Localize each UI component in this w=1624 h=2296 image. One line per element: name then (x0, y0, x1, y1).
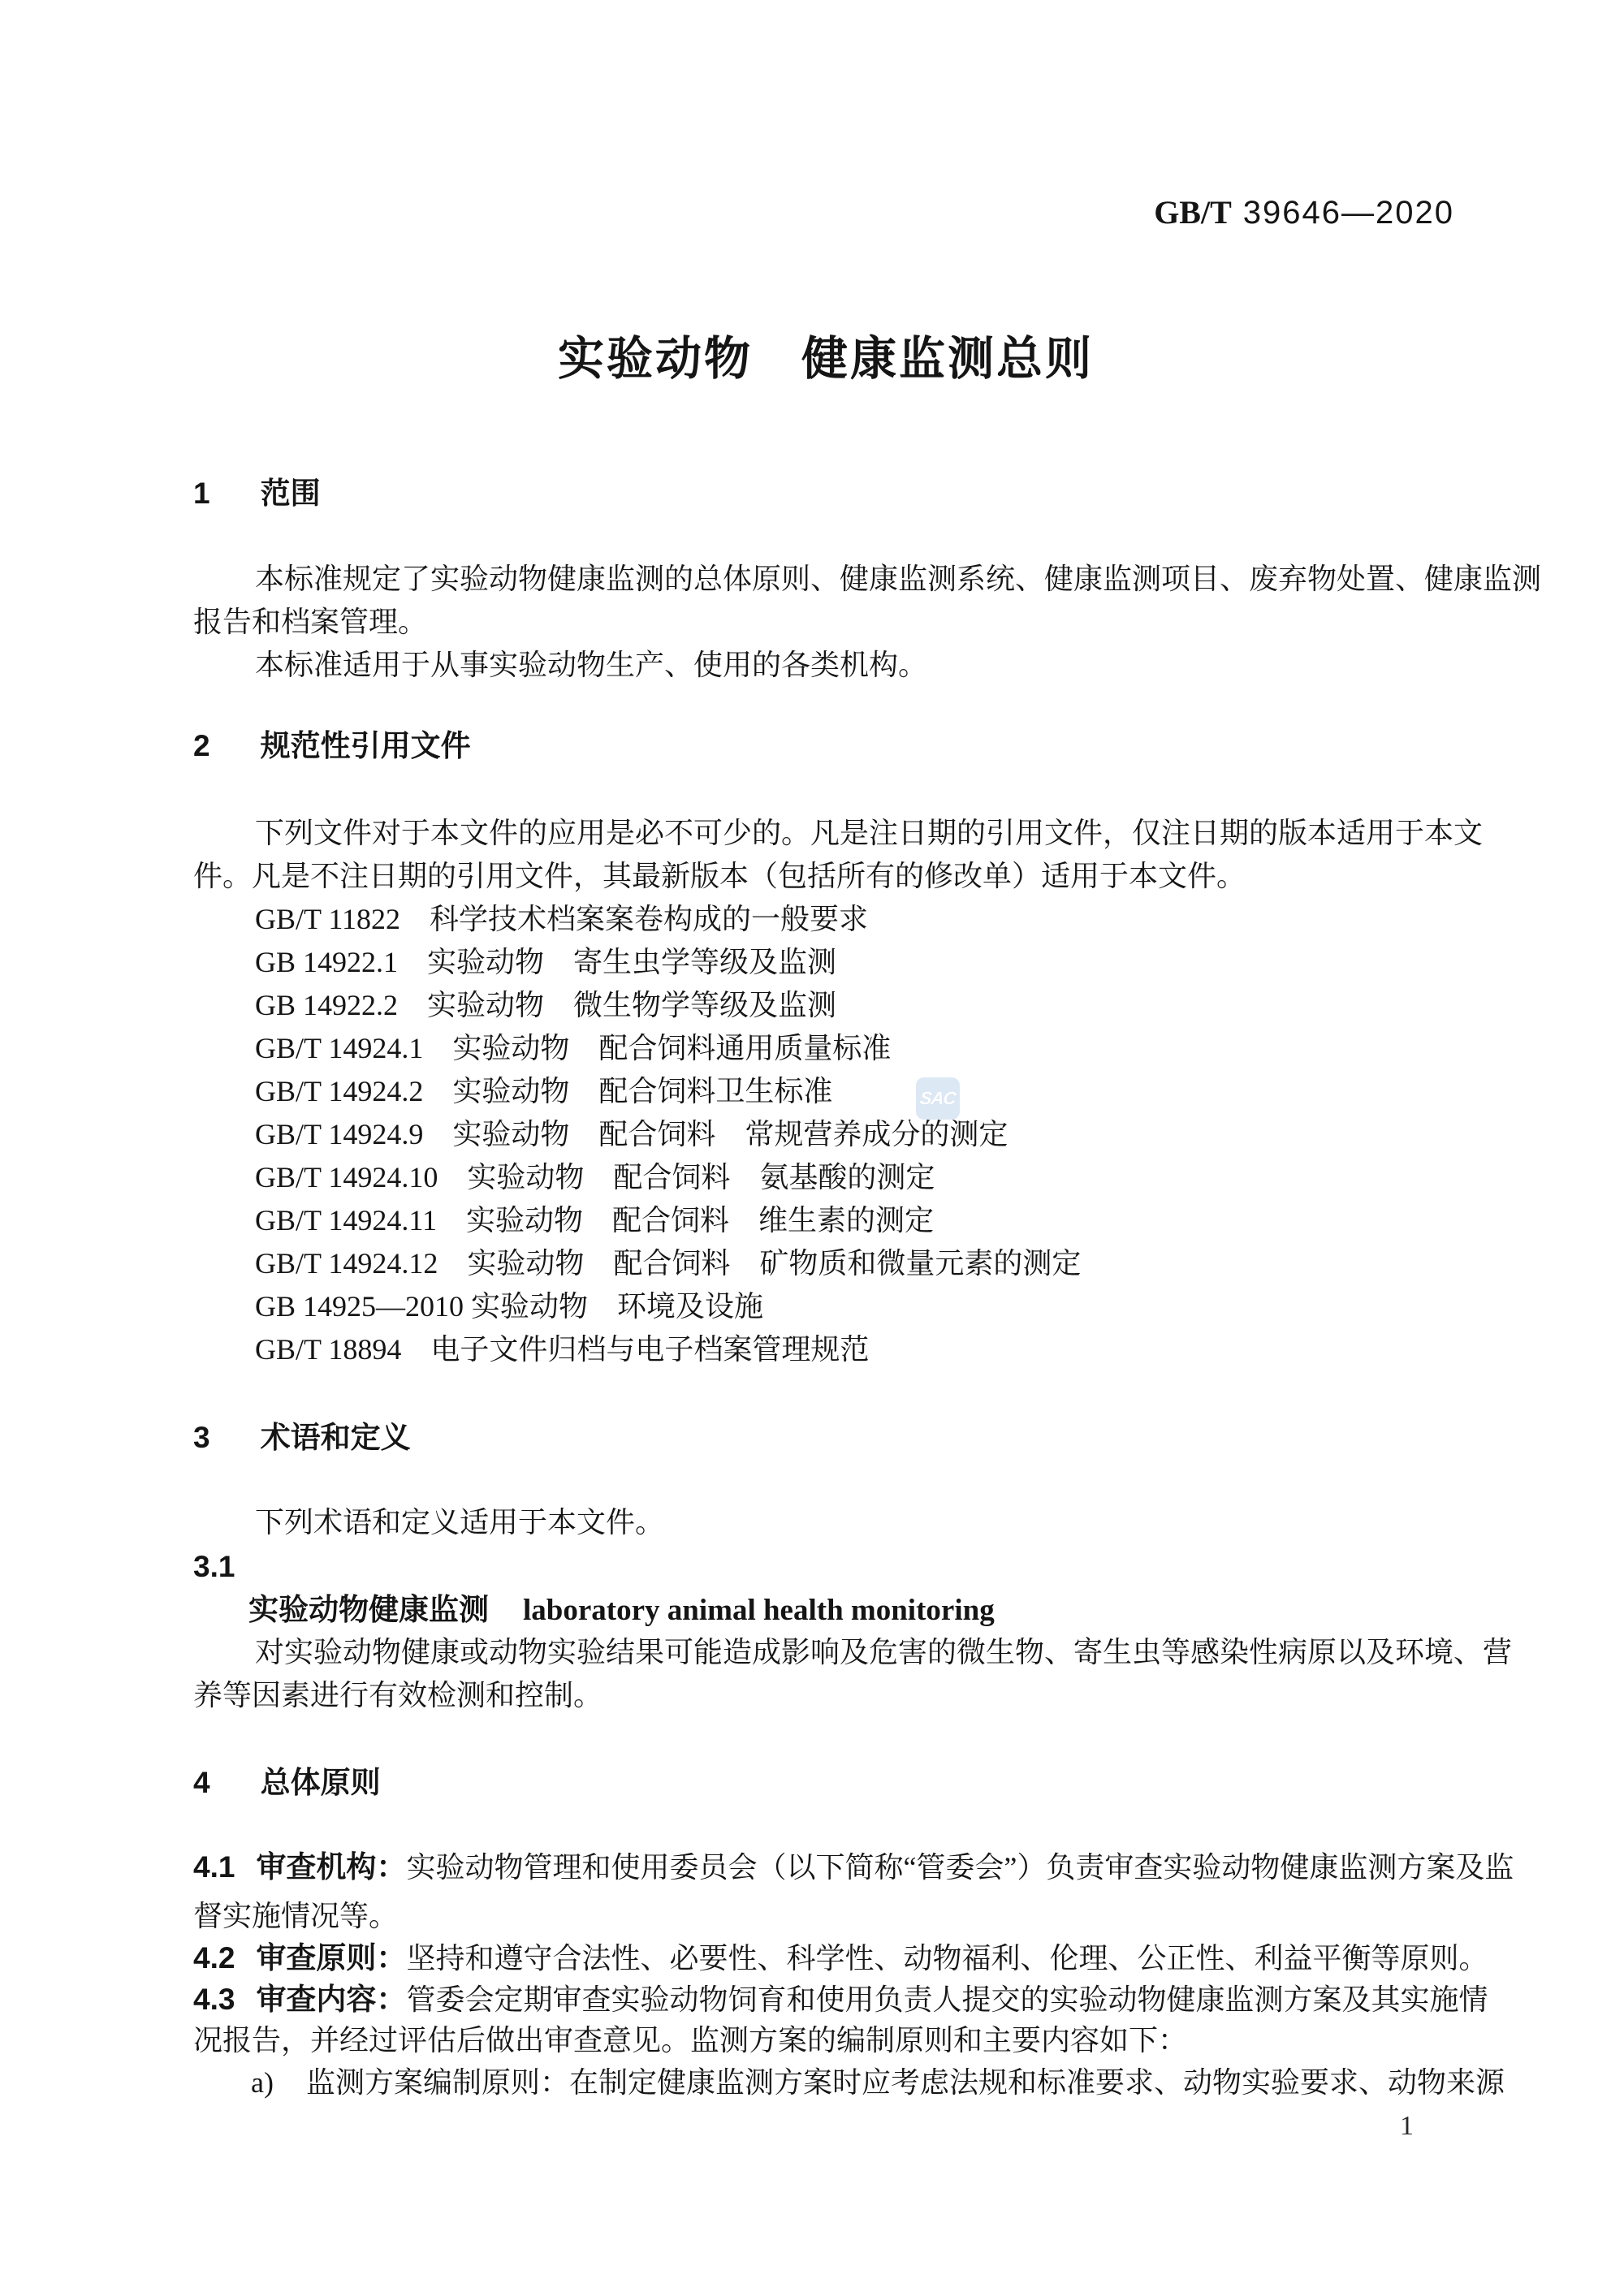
section-title: 术语和定义 (261, 1421, 411, 1454)
clause-4-1-line-1: 4.1审查机构：实验动物管理和使用委员会（以下简称“管委会”）负责审查实验动物健… (193, 1849, 1514, 1885)
reference-item: GB/T 14924.12 实验动物 配合饲料 矿物质和微量元素的测定 (255, 1246, 1081, 1281)
paragraph-line: 报告和档案管理。 (193, 605, 427, 640)
page-number: 1 (1400, 2110, 1414, 2143)
sac-watermark-text: SAC (919, 1088, 957, 1109)
reference-item: GB/T 14924.9 实验动物 配合饲料 常规营养成分的测定 (255, 1117, 1008, 1152)
reference-item: GB 14922.2 实验动物 微生物学等级及监测 (255, 988, 836, 1023)
clause-4-2-line: 4.2审查原则：坚持和遵守合法性、必要性、科学性、动物福利、伦理、公正性、利益平… (193, 1940, 1488, 1976)
paragraph-line: 件。凡是不注日期的引用文件，其最新版本（包括所有的修改单）适用于本文件。 (193, 859, 1246, 894)
reference-item: GB/T 18894 电子文件归档与电子档案管理规范 (255, 1332, 869, 1367)
reference-item: GB/T 14924.1 实验动物 配合饲料通用质量标准 (255, 1031, 891, 1066)
list-item-marker: a) (251, 2066, 274, 2099)
section-2-heading: 2规范性引用文件 (193, 728, 471, 764)
paragraph-line: 对实验动物健康或动物实验结果可能造成影响及危害的微生物、寄生虫等感染性病原以及环… (255, 1635, 1512, 1670)
standard-prefix: GB/T (1154, 194, 1232, 231)
section-4-heading: 4总体原则 (193, 1765, 381, 1801)
term-number: 3.1 (193, 1549, 235, 1585)
section-number: 1 (193, 477, 210, 510)
paragraph-line: 本标准适用于从事实验动物生产、使用的各类机构。 (255, 648, 927, 683)
section-number: 2 (193, 729, 210, 762)
reference-item: GB/T 11822 科学技术档案案卷构成的一般要求 (255, 902, 868, 937)
reference-item: GB 14925—2010 实验动物 环境及设施 (255, 1289, 763, 1324)
clause-text: 坚持和遵守合法性、必要性、科学性、动物福利、伦理、公正性、利益平衡等原则。 (406, 1942, 1488, 1974)
section-title: 规范性引用文件 (261, 729, 471, 762)
reference-item: GB/T 14924.11 实验动物 配合饲料 维生素的测定 (255, 1203, 934, 1238)
document-title: 实验动物 健康监测总则 (44, 331, 1608, 386)
term-en: laboratory animal health monitoring (523, 1594, 995, 1627)
paragraph-line: 本标准规定了实验动物健康监测的总体原则、健康监测系统、健康监测项目、废弃物处置、… (255, 562, 1541, 597)
clause-text: 实验动物管理和使用委员会（以下简称“管委会”）负责审查实验动物健康监测方案及监 (406, 1851, 1514, 1884)
term-zh: 实验动物健康监测 (248, 1593, 489, 1626)
list-item-a: a)监测方案编制原则：在制定健康监测方案时应考虑法规和标准要求、动物实验要求、动… (251, 2065, 1505, 2100)
clause-4-3-line-1: 4.3审查内容：管委会定期审查实验动物饲育和使用负责人提交的实验动物健康监测方案… (193, 1982, 1488, 2018)
standard-number: 39646—2020 (1243, 195, 1454, 231)
clause-number: 4.2 (193, 1941, 235, 1974)
section-1-heading: 1范围 (193, 476, 321, 511)
clause-4-1-line-2: 督实施情况等。 (193, 1899, 398, 1934)
section-title: 总体原则 (261, 1766, 381, 1799)
paragraph-line: 养等因素进行有效检测和控制。 (193, 1678, 603, 1713)
sac-watermark-logo: SAC (916, 1077, 960, 1120)
clause-label: 审查机构： (256, 1850, 406, 1884)
clause-label: 审查原则： (256, 1941, 406, 1974)
reference-item: GB/T 14924.10 实验动物 配合饲料 氨基酸的测定 (255, 1160, 935, 1195)
paragraph-line: 下列术语和定义适用于本文件。 (255, 1505, 664, 1540)
list-item-text: 监测方案编制原则：在制定健康监测方案时应考虑法规和标准要求、动物实验要求、动物来… (306, 2066, 1505, 2099)
paragraph-line: 下列文件对于本文件的应用是必不可少的。凡是注日期的引用文件，仅注日期的版本适用于… (255, 816, 1483, 851)
section-number: 3 (193, 1421, 210, 1454)
reference-item: GB 14922.1 实验动物 寄生虫学等级及监测 (255, 945, 836, 980)
section-title: 范围 (261, 477, 321, 510)
clause-text: 管委会定期审查实验动物饲育和使用负责人提交的实验动物健康监测方案及其实施情 (406, 1983, 1488, 2016)
standard-number-header: GB/T39646—2020 (1154, 193, 1454, 232)
clause-label: 审查内容： (256, 1983, 406, 2016)
reference-item: GB/T 14924.2 实验动物 配合饲料卫生标准 (255, 1074, 832, 1109)
section-3-heading: 3术语和定义 (193, 1420, 411, 1456)
document-page: GB/T39646—2020 实验动物 健康监测总则 1范围 本标准规定了实验动… (0, 0, 1624, 2296)
section-number: 4 (193, 1766, 210, 1799)
term-entry: 实验动物健康监测laboratory animal health monitor… (248, 1592, 995, 1629)
clause-4-3-line-2: 况报告，并经过评估后做出审查意见。监测方案的编制原则和主要内容如下： (193, 2023, 1187, 2058)
clause-number: 4.3 (193, 1983, 235, 2016)
clause-number: 4.1 (193, 1850, 235, 1884)
